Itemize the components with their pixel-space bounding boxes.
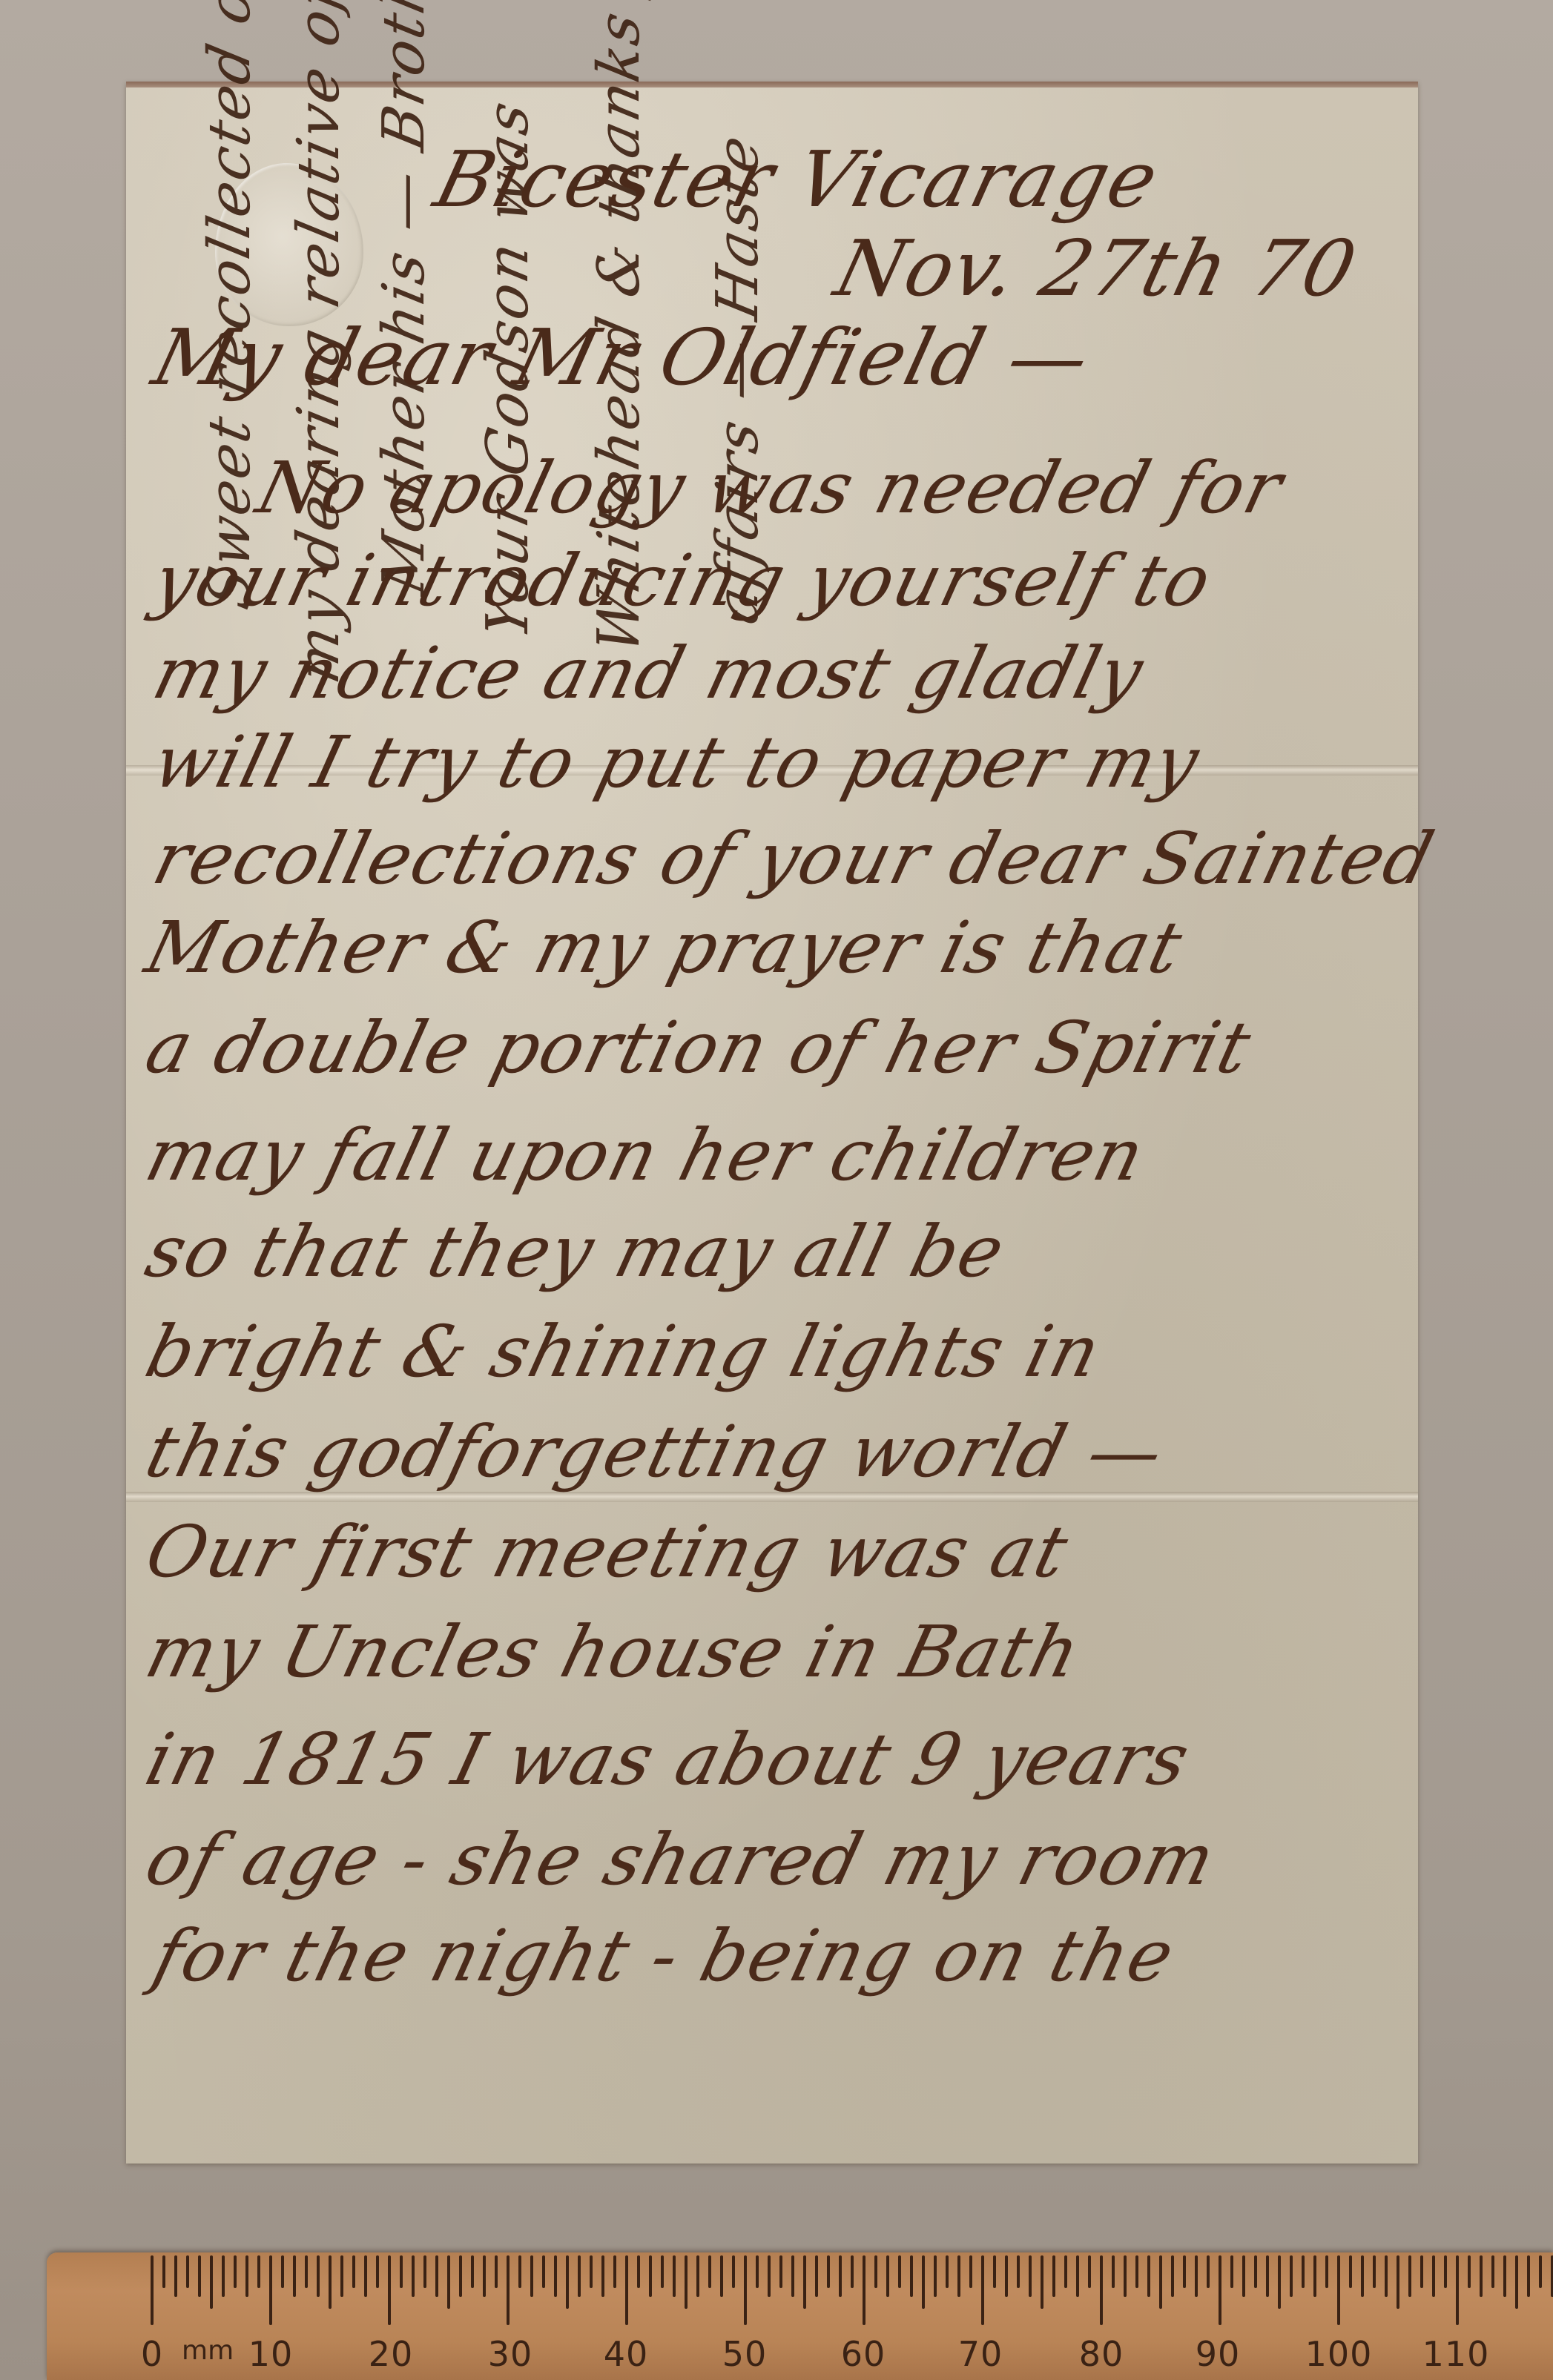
letter-line: may fall upon her children xyxy=(139,1120,1152,1191)
letter-line: bright & shining lights in xyxy=(139,1316,1108,1387)
ruler-label: 50 xyxy=(722,2334,768,2374)
measuring-ruler: 0 mm 10 20 30 40 50 60 70 80 90 100 110 xyxy=(47,2252,1553,2380)
ruler-label: 40 xyxy=(604,2334,649,2374)
letter-line: in 1815 I was about 9 years xyxy=(139,1724,1197,1795)
letter-line: Mother & my prayer is that xyxy=(139,912,1190,983)
letter-line: my Uncles house in Bath xyxy=(139,1616,1088,1688)
letter-date: Nov. 27th 70 xyxy=(828,230,1365,307)
letter-sheet: Sweet recollected one my dearing relativ… xyxy=(126,82,1418,2164)
ruler-label: 10 xyxy=(248,2334,294,2374)
ruler-label: 70 xyxy=(958,2334,1003,2374)
letter-line: a double portion of her Spirit xyxy=(139,1012,1259,1083)
letter-line: for the night - being on the xyxy=(147,1920,1181,1991)
letter-line: No apology was needed for xyxy=(251,452,1290,523)
letter-line: of age - she shared my room xyxy=(139,1824,1222,1895)
ruler-unit-label: mm xyxy=(182,2336,234,2366)
ruler-label: 100 xyxy=(1305,2334,1373,2374)
letter-address: Bicester Vicarage xyxy=(428,141,1167,218)
photograph-scene: Sweet recollected one my dearing relativ… xyxy=(0,0,1553,2380)
ruler-label: 20 xyxy=(369,2334,414,2374)
ruler-ticks xyxy=(47,2252,1553,2327)
ruler-label: 110 xyxy=(1422,2334,1490,2374)
ruler-label: 60 xyxy=(841,2334,886,2374)
letter-salutation: My dear Mr Oldfield — xyxy=(146,319,1098,396)
letter-line: your introducing yourself to xyxy=(147,545,1219,616)
ruler-label: 90 xyxy=(1196,2334,1241,2374)
ruler-label: 30 xyxy=(488,2334,533,2374)
letter-line: my notice and most gladly xyxy=(147,638,1151,709)
letter-line: so that they may all be xyxy=(139,1216,1012,1287)
ruler-label: 0 xyxy=(141,2334,163,2374)
letter-line: Our first meeting was at xyxy=(139,1516,1075,1587)
ruler-label: 80 xyxy=(1079,2334,1124,2374)
letter-line: will I try to put to paper my xyxy=(147,727,1207,798)
letter-line: recollections of your dear Sainted xyxy=(147,823,1441,894)
letter-line: this godforgetting world — xyxy=(139,1416,1171,1487)
fold-crease xyxy=(126,1492,1418,1502)
